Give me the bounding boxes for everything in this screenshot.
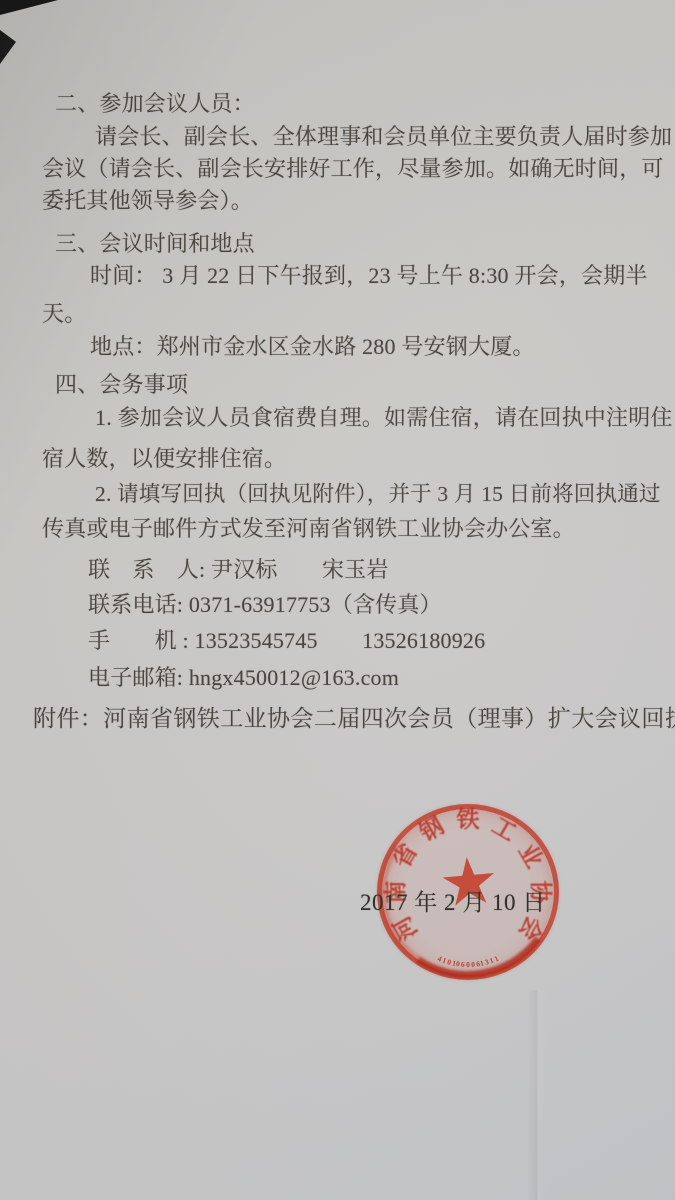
document-line: 请会长、副会长、全体理事和会员单位主要负责人届时参加 [95, 120, 672, 151]
document-line: 天。 [42, 297, 86, 328]
document-photo: 二、参加会议人员： 请会长、副会长、全体理事和会员单位主要负责人届时参加 会议（… [0, 0, 675, 1200]
contact-email-line: 电子邮箱: hngx450012@163.com [88, 661, 399, 692]
contact-person-line: 联 系 人: 尹汉标 宋玉岩 [88, 553, 389, 584]
paper-crease [528, 990, 546, 1200]
section-heading: 四、会务事项 [55, 368, 188, 399]
document-line: 时间： 3 月 22 日下午报到，23 号上午 8:30 开会，会期半 [90, 259, 648, 290]
document-line: 地点：郑州市金水区金水路 280 号安钢大厦。 [90, 330, 535, 361]
document-date: 2017 年 2 月 10 日 [360, 884, 546, 917]
document-line: 宿人数，以便安排住宿。 [42, 442, 286, 473]
document-line: 传真或电子邮件方式发至河南省钢铁工业协会办公室。 [42, 512, 575, 543]
photo-corner-shadow [0, 30, 16, 64]
contact-phone-line: 联系电话: 0371-63917753（含传真） [88, 588, 442, 619]
section-heading: 三、会议时间和地点 [55, 227, 255, 258]
attachment-line: 附件：河南省钢铁工业协会二届四次会员（理事）扩大会议回执 [33, 700, 675, 733]
photo-corner-shadow [0, 0, 58, 15]
section-heading: 二、参加会议人员： [55, 87, 255, 118]
document-line: 委托其他领导参会）。 [42, 184, 253, 215]
document-line: 1. 参加会议人员食宿费自理。如需住宿，请在回执中注明住 [95, 401, 673, 432]
document-line: 会议（请会长、副会长安排好工作，尽量参加。如确无时间，可 [42, 152, 664, 183]
seal-arc-char: 铁 [456, 808, 480, 832]
document-line: 2. 请填写回执（回执见附件），并于 3 月 15 日前将回执通过 [95, 477, 661, 508]
contact-mobile-line: 手 机 : 13523545745 13526180926 [88, 624, 485, 655]
